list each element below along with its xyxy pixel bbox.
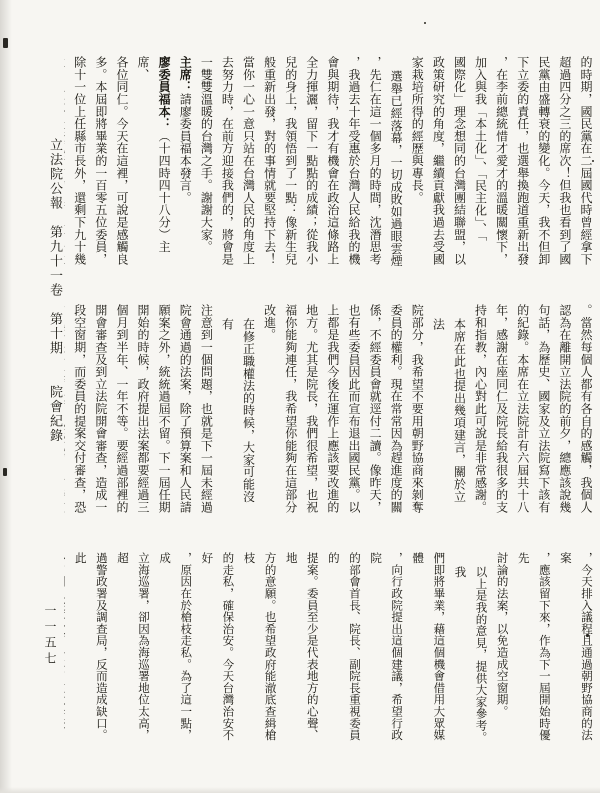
text-column: 全力揮灑，留下一點點的成績；從我小 bbox=[301, 56, 322, 272]
text-column: 政策研究的角度，繼續貢獻我過去受國 bbox=[427, 56, 448, 272]
text-column: 各位同仁。今天在這裡，可說是感觸良 bbox=[111, 56, 132, 272]
text-column: 院會通過的法案，除了預算案和人民請 bbox=[174, 304, 195, 514]
text-column: 段空窗期，而委員的提案交付審查，恐 bbox=[69, 304, 90, 514]
text-column: 方的意願。也希望政府能澈底查緝槍枝 bbox=[237, 552, 279, 750]
text-column: 上都是我們今後在運作上應該要改進的 bbox=[322, 304, 343, 514]
text-column: 在修正職權法的時候，大家可能沒有 bbox=[216, 304, 258, 514]
text-column: 怕也不是一天兩天可以完成的，當時定 bbox=[64, 304, 69, 514]
speaker-name: 主席： bbox=[178, 56, 192, 93]
text-column: 願案之外，統統過屆不留。下一屆任期 bbox=[153, 304, 174, 514]
text-column: 家栽培所得的經歷與專長。 bbox=[406, 56, 427, 272]
text-column: ，向行政院提出這個建議，希望行政院 bbox=[364, 552, 406, 750]
text-column: ，在李前總統惜才愛才的溫暖關懷下， bbox=[491, 56, 512, 272]
text-column: 的紀錄。本席在立法院計有六屆共十八 bbox=[512, 304, 533, 514]
text-column: 討論的法案，以免造成空窗期。 bbox=[491, 552, 512, 750]
text-column: 認為在離開立法院的前夕，總應該說幾 bbox=[554, 304, 575, 514]
text-column: 們即將畢業，藉這個機會借用大眾媒體 bbox=[406, 552, 448, 750]
text-column: 除十一位上任縣市長外，還剩下九十幾 bbox=[69, 56, 90, 272]
text-column: 。當然每個人都有各自的感觸，我個人 bbox=[575, 304, 596, 514]
text-column: 開會審查及到立法院開會審查，造成一 bbox=[90, 304, 111, 514]
text-column: 加入與我「本土化」、「民主化」、「 bbox=[469, 56, 490, 272]
text-column: 改進。 bbox=[259, 304, 280, 514]
scan-speck bbox=[424, 22, 426, 24]
scan-speck bbox=[3, 38, 8, 48]
text-column: 會與期待，我才有機會在政治這條路上 bbox=[322, 56, 343, 272]
text-column: 以上是我的意見，提供大家參考。我 bbox=[448, 552, 490, 750]
text-column: 外，個人從事教育多年，在大學兼課， bbox=[64, 552, 69, 750]
text-column: ，我過去十年受惠於台灣人民給我的機 bbox=[343, 56, 364, 272]
text-block-bottom: ，今天排入議程且通過朝野協商的法案，應該留下來，作為下一屆開始時優先討論的法案，… bbox=[64, 552, 596, 750]
text-column: 過警政署及調查局，反而造成缺口。此 bbox=[69, 552, 111, 750]
scan-edge-shade bbox=[0, 787, 600, 793]
text-column: 的時期，國民黨在二屆國代時曾經拿下 bbox=[575, 56, 596, 272]
text-column: 福你能夠連任，我希望你能夠在這部分 bbox=[280, 304, 301, 514]
journal-title: 立法院公報 第九十一卷 第十期 bbox=[46, 138, 65, 356]
text-column: 地方。尤其是院長，我們很希望，也祝 bbox=[301, 304, 322, 514]
text-column: 持和指教，內心對此可說是非常感謝。 bbox=[469, 304, 490, 514]
text-column: 也有些委員因此而宣布退出國民黨。以 bbox=[343, 304, 364, 514]
text-column: ，應該留下來，作為下一屆開始時優先 bbox=[512, 552, 554, 750]
text-column: ，今天排入議程且通過朝野協商的法案 bbox=[554, 552, 596, 750]
text-column: ，先仁在這一個多月的時間，沈潛思考 bbox=[364, 56, 385, 272]
section-title: 院會紀錄 bbox=[46, 385, 65, 443]
text-column: 主席：請廖委員福本發言。 bbox=[174, 56, 195, 272]
text-column: 院部分，我希望不要用朝野協商來剝奪 bbox=[406, 304, 427, 514]
text-column: 多。本屆即將畢業的一百零五位委員， bbox=[90, 56, 111, 272]
text-column: 般重新出發，對的事情就要堅持下去！ bbox=[259, 56, 280, 272]
text-column: 句話，為歷史、國家及立法院寫下該有 bbox=[533, 304, 554, 514]
text-column: 立海巡署，卻因為海巡署地位太高，超 bbox=[111, 552, 153, 750]
text-column: ，原因在於槍枝走私。為了這一點，成 bbox=[153, 552, 195, 750]
text-column: 國際化」理念想同的台灣團結聯盟，以 bbox=[448, 56, 469, 272]
speaker-name: 廖委員福本： bbox=[157, 56, 171, 130]
text-column: 個月到半年、一年不等。要經過部裡的 bbox=[111, 304, 132, 514]
text-column: 的走私，確保治安。今天台灣治安不好 bbox=[195, 552, 237, 750]
text-column: 一雙雙溫暖的台灣之手。謝謝大家。 bbox=[195, 56, 216, 272]
page-number: 一一五七 bbox=[42, 604, 59, 668]
text-column: 開始的時候，政府提出法案都要經過三 bbox=[132, 304, 153, 514]
text-column: 下立委的責任，也選舉換跑道重新出發 bbox=[512, 56, 533, 272]
text-block-top: 的時期，國民黨在二屆國代時曾經拿下超過四分之三的席次！但我也看到了國民黨由盛轉衰… bbox=[64, 56, 596, 272]
scan-speck bbox=[586, 634, 589, 637]
text-column: 超過四分之三的席次！但我也看到了國 bbox=[554, 56, 575, 272]
text-column: 兒的身上，我領悟到了一點：像新生兒 bbox=[280, 56, 301, 272]
text-column: 係，不經委員會就逕付二讀。像昨天， bbox=[364, 304, 385, 514]
text-column: 廖委員福本：（十四時四十八分）主席、 bbox=[132, 56, 174, 272]
text-column: 提案。委員至少是代表地方的心聲、地 bbox=[280, 552, 322, 750]
text-column: 當你一心一意只站在台灣人民的角度上 bbox=[237, 56, 258, 272]
text-column: 位，但是今天登記發言的只有二十一位 bbox=[64, 56, 69, 272]
text-column: 注意到一個問題，也就是下一屆未經過 bbox=[195, 304, 216, 514]
text-column: 民黨由盛轉衰的變化。今天，我不但卸 bbox=[533, 56, 554, 272]
text-column: 的部會首長、院長、副院長重視委員的 bbox=[322, 552, 364, 750]
text-column: 本席在此也提出幾項建言，關於立法 bbox=[427, 304, 469, 514]
text-column: 年，感謝在座同仁及院長給我很多的支 bbox=[491, 304, 512, 514]
scan-gutter-shade bbox=[0, 0, 12, 793]
scan-speck bbox=[592, 160, 594, 162]
text-block-middle: 。當然每個人都有各自的感觸，我個人認為在離開立法院的前夕，總應該說幾句話，為歷史… bbox=[64, 304, 596, 514]
text-column: 去努力時，在前方迎接我們的，將會是 bbox=[216, 56, 237, 272]
text-column: 選舉已經落幕，一切成敗如過眼雲煙 bbox=[385, 56, 406, 272]
text-column: 委員的權利。現在常常因為趕進度的關 bbox=[385, 304, 406, 514]
scan-speck bbox=[3, 468, 7, 476]
gazette-scanned-page: 立法院公報 第九十一卷 第十期 院會紀錄 一一五七 的時期，國民黨在二屆國代時曾… bbox=[0, 0, 600, 793]
